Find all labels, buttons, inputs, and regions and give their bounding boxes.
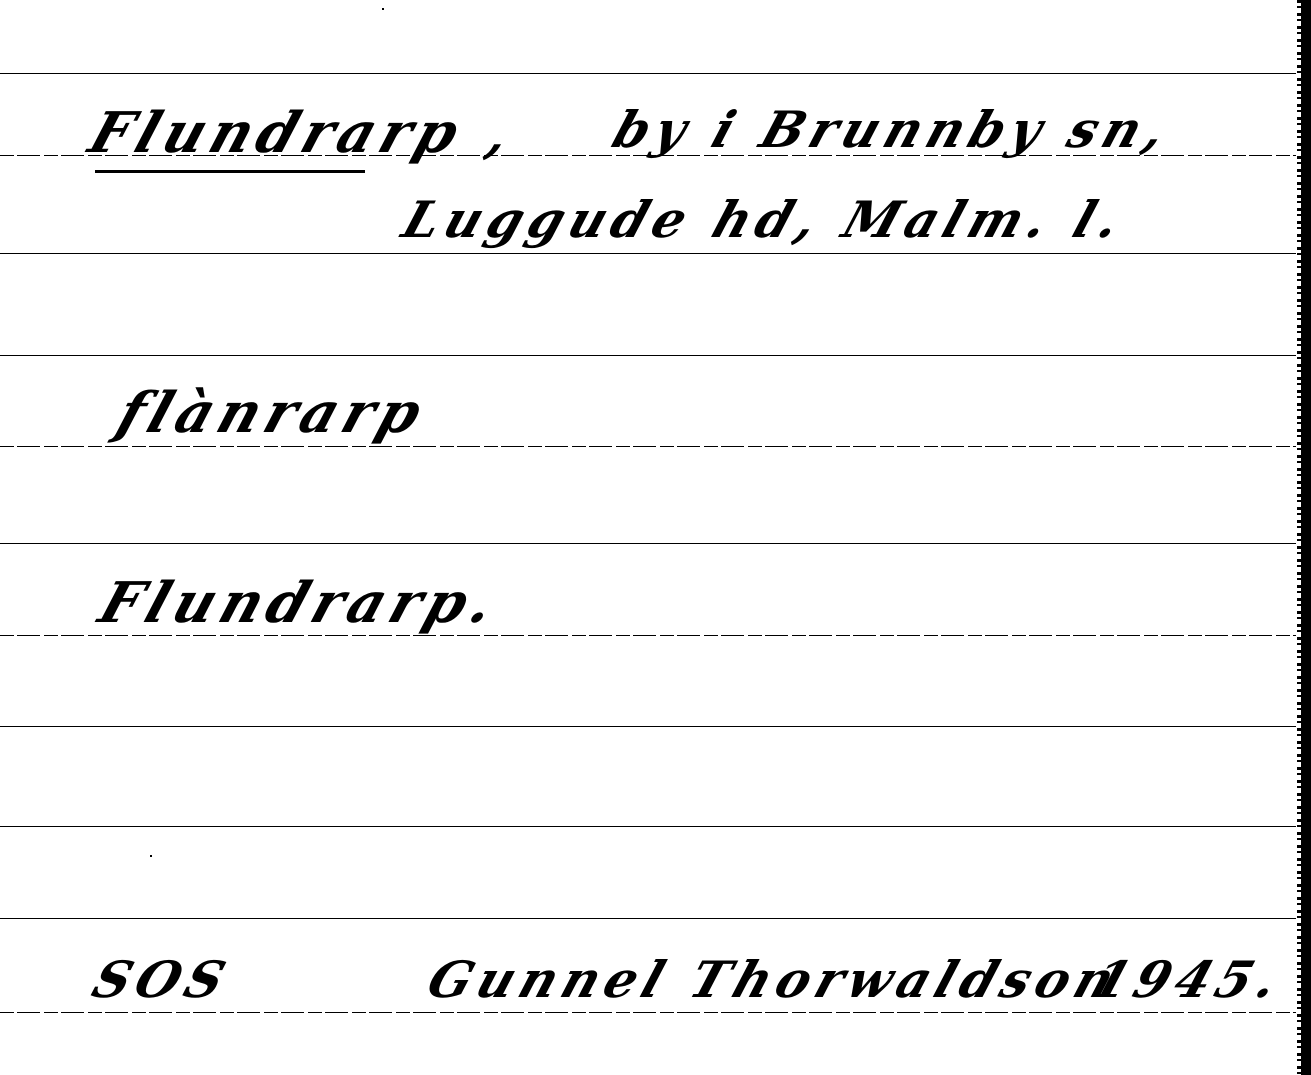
ruled-line [0, 355, 1296, 356]
stray-mark [382, 8, 384, 10]
location-line-2: Luggude hd, Malm. l. [395, 190, 1133, 249]
ruled-line [0, 446, 1296, 447]
ruled-line [0, 726, 1296, 727]
source-code: SOS [85, 950, 238, 1009]
location-line-1: by i Brunnby sn, [605, 100, 1179, 159]
recorder-name: Gunnel Thorwaldson [420, 950, 1128, 1009]
headword: Flundrarp [81, 100, 473, 166]
headword-underline [95, 170, 365, 173]
ruled-line [0, 543, 1296, 544]
ruled-line [0, 253, 1296, 254]
ruled-line [0, 918, 1296, 919]
ruled-line [0, 1012, 1296, 1013]
card-edge [1301, 0, 1311, 1075]
spelling: Flundrarp. [91, 570, 508, 636]
ruled-line [0, 826, 1296, 827]
pronunciation: flànrarp [109, 380, 435, 446]
ruled-line [0, 73, 1296, 74]
record-year: 1945. [1085, 950, 1291, 1009]
index-card: Flundrarp , by i Brunnby sn, Luggude hd,… [0, 0, 1311, 1075]
stray-mark [150, 855, 152, 857]
